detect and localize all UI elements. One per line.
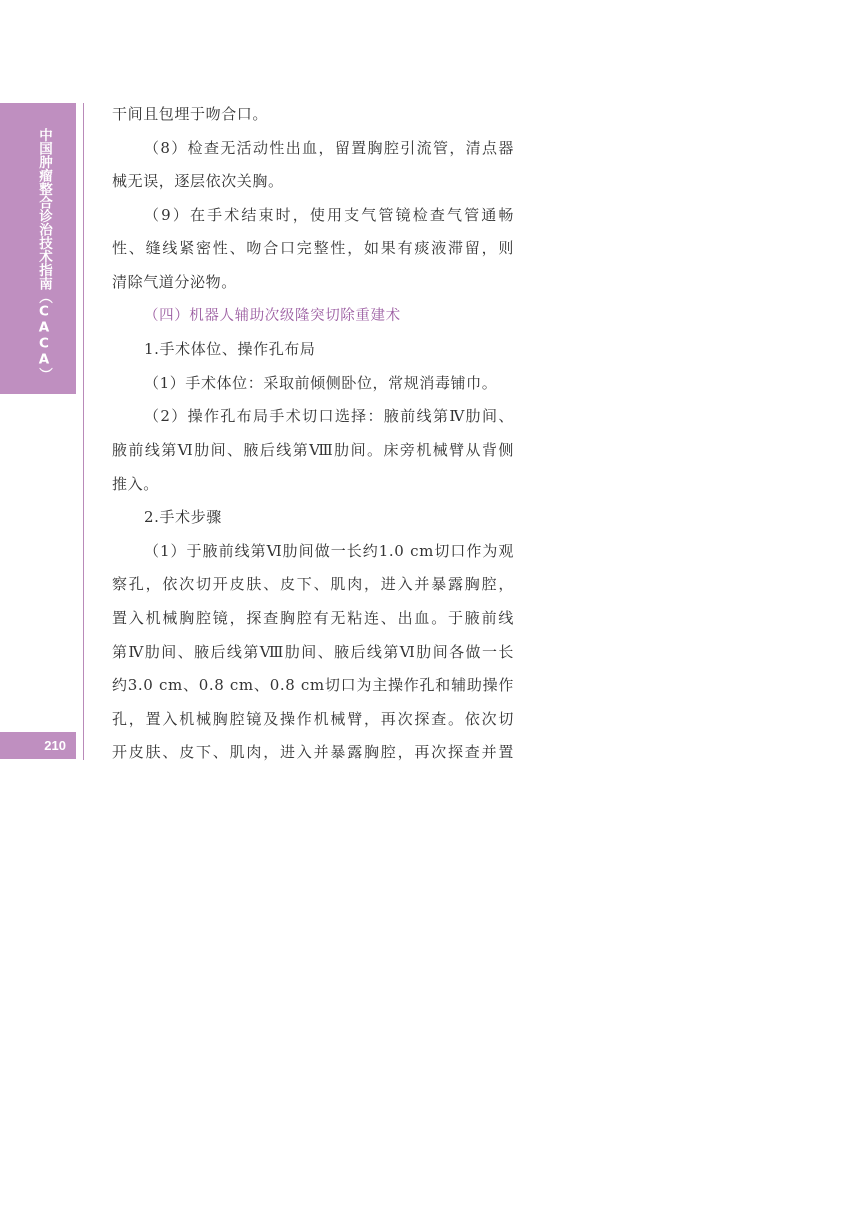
text-line: （1）于腋前线第Ⅵ肋间做一长约1.0 cm切口作为观 [112,535,514,569]
text-line: 约3.0 cm、0.8 cm、0.8 cm切口为主操作孔和辅助操作 [112,669,514,703]
text-line: 械无误，逐层依次关胸。 [112,165,514,199]
text-line: 干间且包埋于吻合口。 [112,98,514,132]
text-line: 性、缝线紧密性、吻合口完整性，如果有痰液滞留，则 [112,232,514,266]
text-line: 推入。 [112,468,514,502]
text-line: 置入机械胸腔镜，探查胸腔有无粘连、出血。于腋前线 [112,602,514,636]
text-line: 孔，置入机械胸腔镜及操作机械臂，再次探查。依次切 [112,703,514,737]
text-line: （1）手术体位：采取前倾侧卧位，常规消毒铺巾。 [112,367,514,401]
subsection-heading: 2.手术步骤 [112,501,514,535]
page-number-band: 210 [0,732,76,759]
text-line: 察孔，依次切开皮肤、皮下、肌肉，进入并暴露胸腔， [112,568,514,602]
vertical-divider [83,103,84,760]
text-line: 第Ⅳ肋间、腋后线第Ⅷ肋间、腋后线第Ⅵ肋间各做一长 [112,636,514,670]
text-line: （8）检查无活动性出血，留置胸腔引流管，清点器 [112,132,514,166]
text-line: （9）在手术结束时，使用支气管镜检查气管通畅 [112,199,514,233]
text-line: 开皮肤、皮下、肌肉，进入并暴露胸腔，再次探查并置 [112,736,514,770]
text-line: 清除气道分泌物。 [112,266,514,300]
text-line: （2）操作孔布局手术切口选择：腋前线第Ⅳ肋间、 [112,400,514,434]
text-line: 腋前线第Ⅵ肋间、腋后线第Ⅷ肋间。床旁机械臂从背侧 [112,434,514,468]
body-text: 干间且包埋于吻合口。 （8）检查无活动性出血，留置胸腔引流管，清点器 械无误，逐… [112,98,514,770]
book-title: 中国肿瘤整合诊治技术指南（CACA） [33,128,53,381]
subsection-heading: 1.手术体位、操作孔布局 [112,333,514,367]
section-heading: （四）机器人辅助次级隆突切除重建术 [112,300,514,334]
page-number: 210 [44,737,66,754]
